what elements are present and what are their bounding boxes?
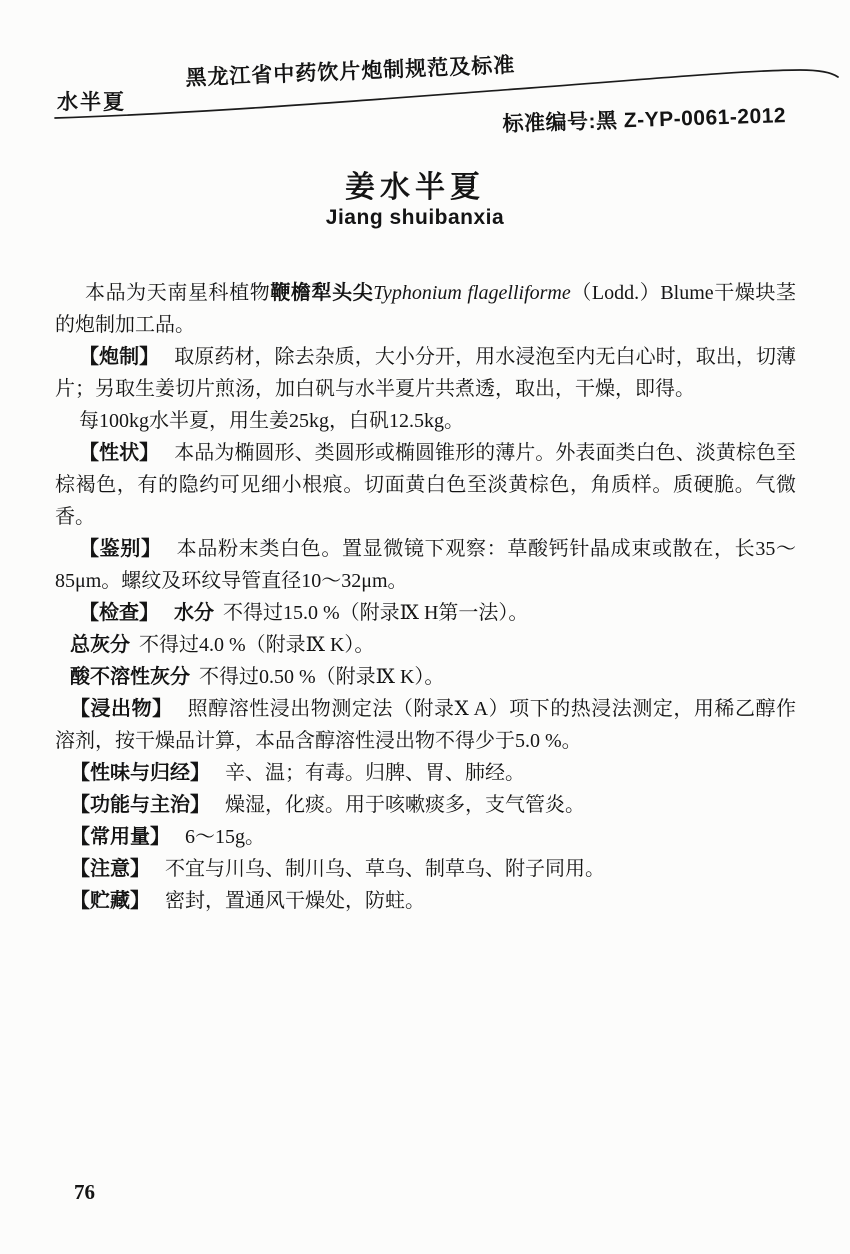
check-item-label: 总灰分 (70, 634, 130, 656)
section-changyongliang: 【常用量】6～15g。 (55, 821, 796, 853)
section-text: 不宜与川乌、制川乌、草乌、制草乌、附子同用。 (165, 858, 605, 880)
section-text: 不得过15.0 %（附录Ⅸ H第一法）。 (223, 602, 528, 624)
section-zhuyi: 【注意】不宜与川乌、制川乌、草乌、制草乌、附子同用。 (55, 853, 796, 885)
section-text: 6～15g。 (185, 826, 265, 848)
section-tag: 【鉴别】 (79, 538, 162, 560)
page-number: 76 (74, 1180, 95, 1205)
section-tag: 【贮藏】 (70, 890, 150, 912)
section-paozhi: 【炮制】取原药材，除去杂质，大小分开，用水浸泡至内无白心时，取出，切薄片；另取生… (55, 341, 796, 405)
section-tag: 【炮制】 (79, 346, 159, 368)
page-title: 姜水半夏 (0, 162, 830, 206)
section-jiancha-shuifen: 【检查】水分不得过15.0 %（附录Ⅸ H第一法）。 (55, 597, 796, 629)
section-text: 不得过4.0 %（附录Ⅸ K）。 (139, 634, 374, 656)
section-jianbie: 【鉴别】本品粉末类白色。置显微镜下观察：草酸钙针晶成束或散在，长35～85μm。… (55, 533, 796, 597)
latin-name: Typhonium flagelliforme (373, 282, 570, 304)
section-xingwei-guijing: 【性味与归经】辛、温；有毒。归脾、胃、肺经。 (55, 757, 796, 789)
check-item-label: 水分 (174, 602, 214, 624)
section-fuliao-ratio: 每100kg水半夏，用生姜25kg，白矾12.5kg。 (55, 405, 796, 437)
section-tag: 【性味与归经】 (70, 762, 210, 784)
intro-paragraph: 本品为天南星科植物鞭檐犁头尖Typhonium flagelliforme（Lo… (55, 277, 796, 341)
section-tag: 【常用量】 (70, 826, 170, 848)
section-text: 每100kg水半夏，用生姜25kg，白矾12.5kg。 (79, 410, 464, 432)
section-text: 辛、温；有毒。归脾、胃、肺经。 (225, 762, 525, 784)
intro-pre: 本品为天南星科植物 (85, 282, 270, 304)
page-title-pinyin: Jiang shuibanxia (0, 206, 830, 230)
section-zonghuifen: 总灰分不得过4.0 %（附录Ⅸ K）。 (55, 629, 796, 661)
section-tag: 【性状】 (79, 442, 159, 464)
section-text: 密封，置通风干燥处，防蛀。 (165, 890, 425, 912)
section-zhucang: 【贮藏】密封，置通风干燥处，防蛀。 (55, 885, 796, 917)
section-tag: 【功能与主治】 (70, 794, 210, 816)
section-text: 燥湿，化痰。用于咳嗽痰多，支气管炎。 (225, 794, 585, 816)
monograph-body: 本品为天南星科植物鞭檐犁头尖Typhonium flagelliforme（Lo… (55, 277, 796, 917)
section-suanburongxinghuifen: 酸不溶性灰分不得过0.50 %（附录Ⅸ K）。 (55, 661, 796, 693)
check-item-label: 酸不溶性灰分 (70, 666, 190, 688)
section-tag: 【检查】 (79, 602, 159, 624)
section-text: 本品粉末类白色。置显微镜下观察：草酸钙针晶成束或散在，长35～85μm。螺纹及环… (55, 538, 796, 592)
section-text: 取原药材，除去杂质，大小分开，用水浸泡至内无白心时，取出，切薄片；另取生姜切片煎… (55, 346, 796, 400)
section-tag: 【注意】 (70, 858, 150, 880)
section-tag: 【浸出物】 (70, 698, 173, 720)
document-page: 水半夏 黑龙江省中药饮片炮制规范及标准 标准编号:黑 Z-YP-0061-201… (0, 0, 850, 1254)
section-jinchuwu: 【浸出物】照醇溶性浸出物测定法（附录Ⅹ A）项下的热浸法测定，用稀乙醇作溶剂，按… (55, 693, 796, 757)
plant-name: 鞭檐犁头尖 (270, 282, 373, 304)
section-text: 不得过0.50 %（附录Ⅸ K）。 (199, 666, 444, 688)
section-xingzhuang: 【性状】本品为椭圆形、类圆形或椭圆锥形的薄片。外表面类白色、淡黄棕色至棕褐色，有… (55, 437, 796, 533)
section-gongneng-zhuzhi: 【功能与主治】燥湿，化痰。用于咳嗽痰多，支气管炎。 (55, 789, 796, 821)
section-text: 本品为椭圆形、类圆形或椭圆锥形的薄片。外表面类白色、淡黄棕色至棕褐色，有的隐约可… (55, 442, 796, 528)
